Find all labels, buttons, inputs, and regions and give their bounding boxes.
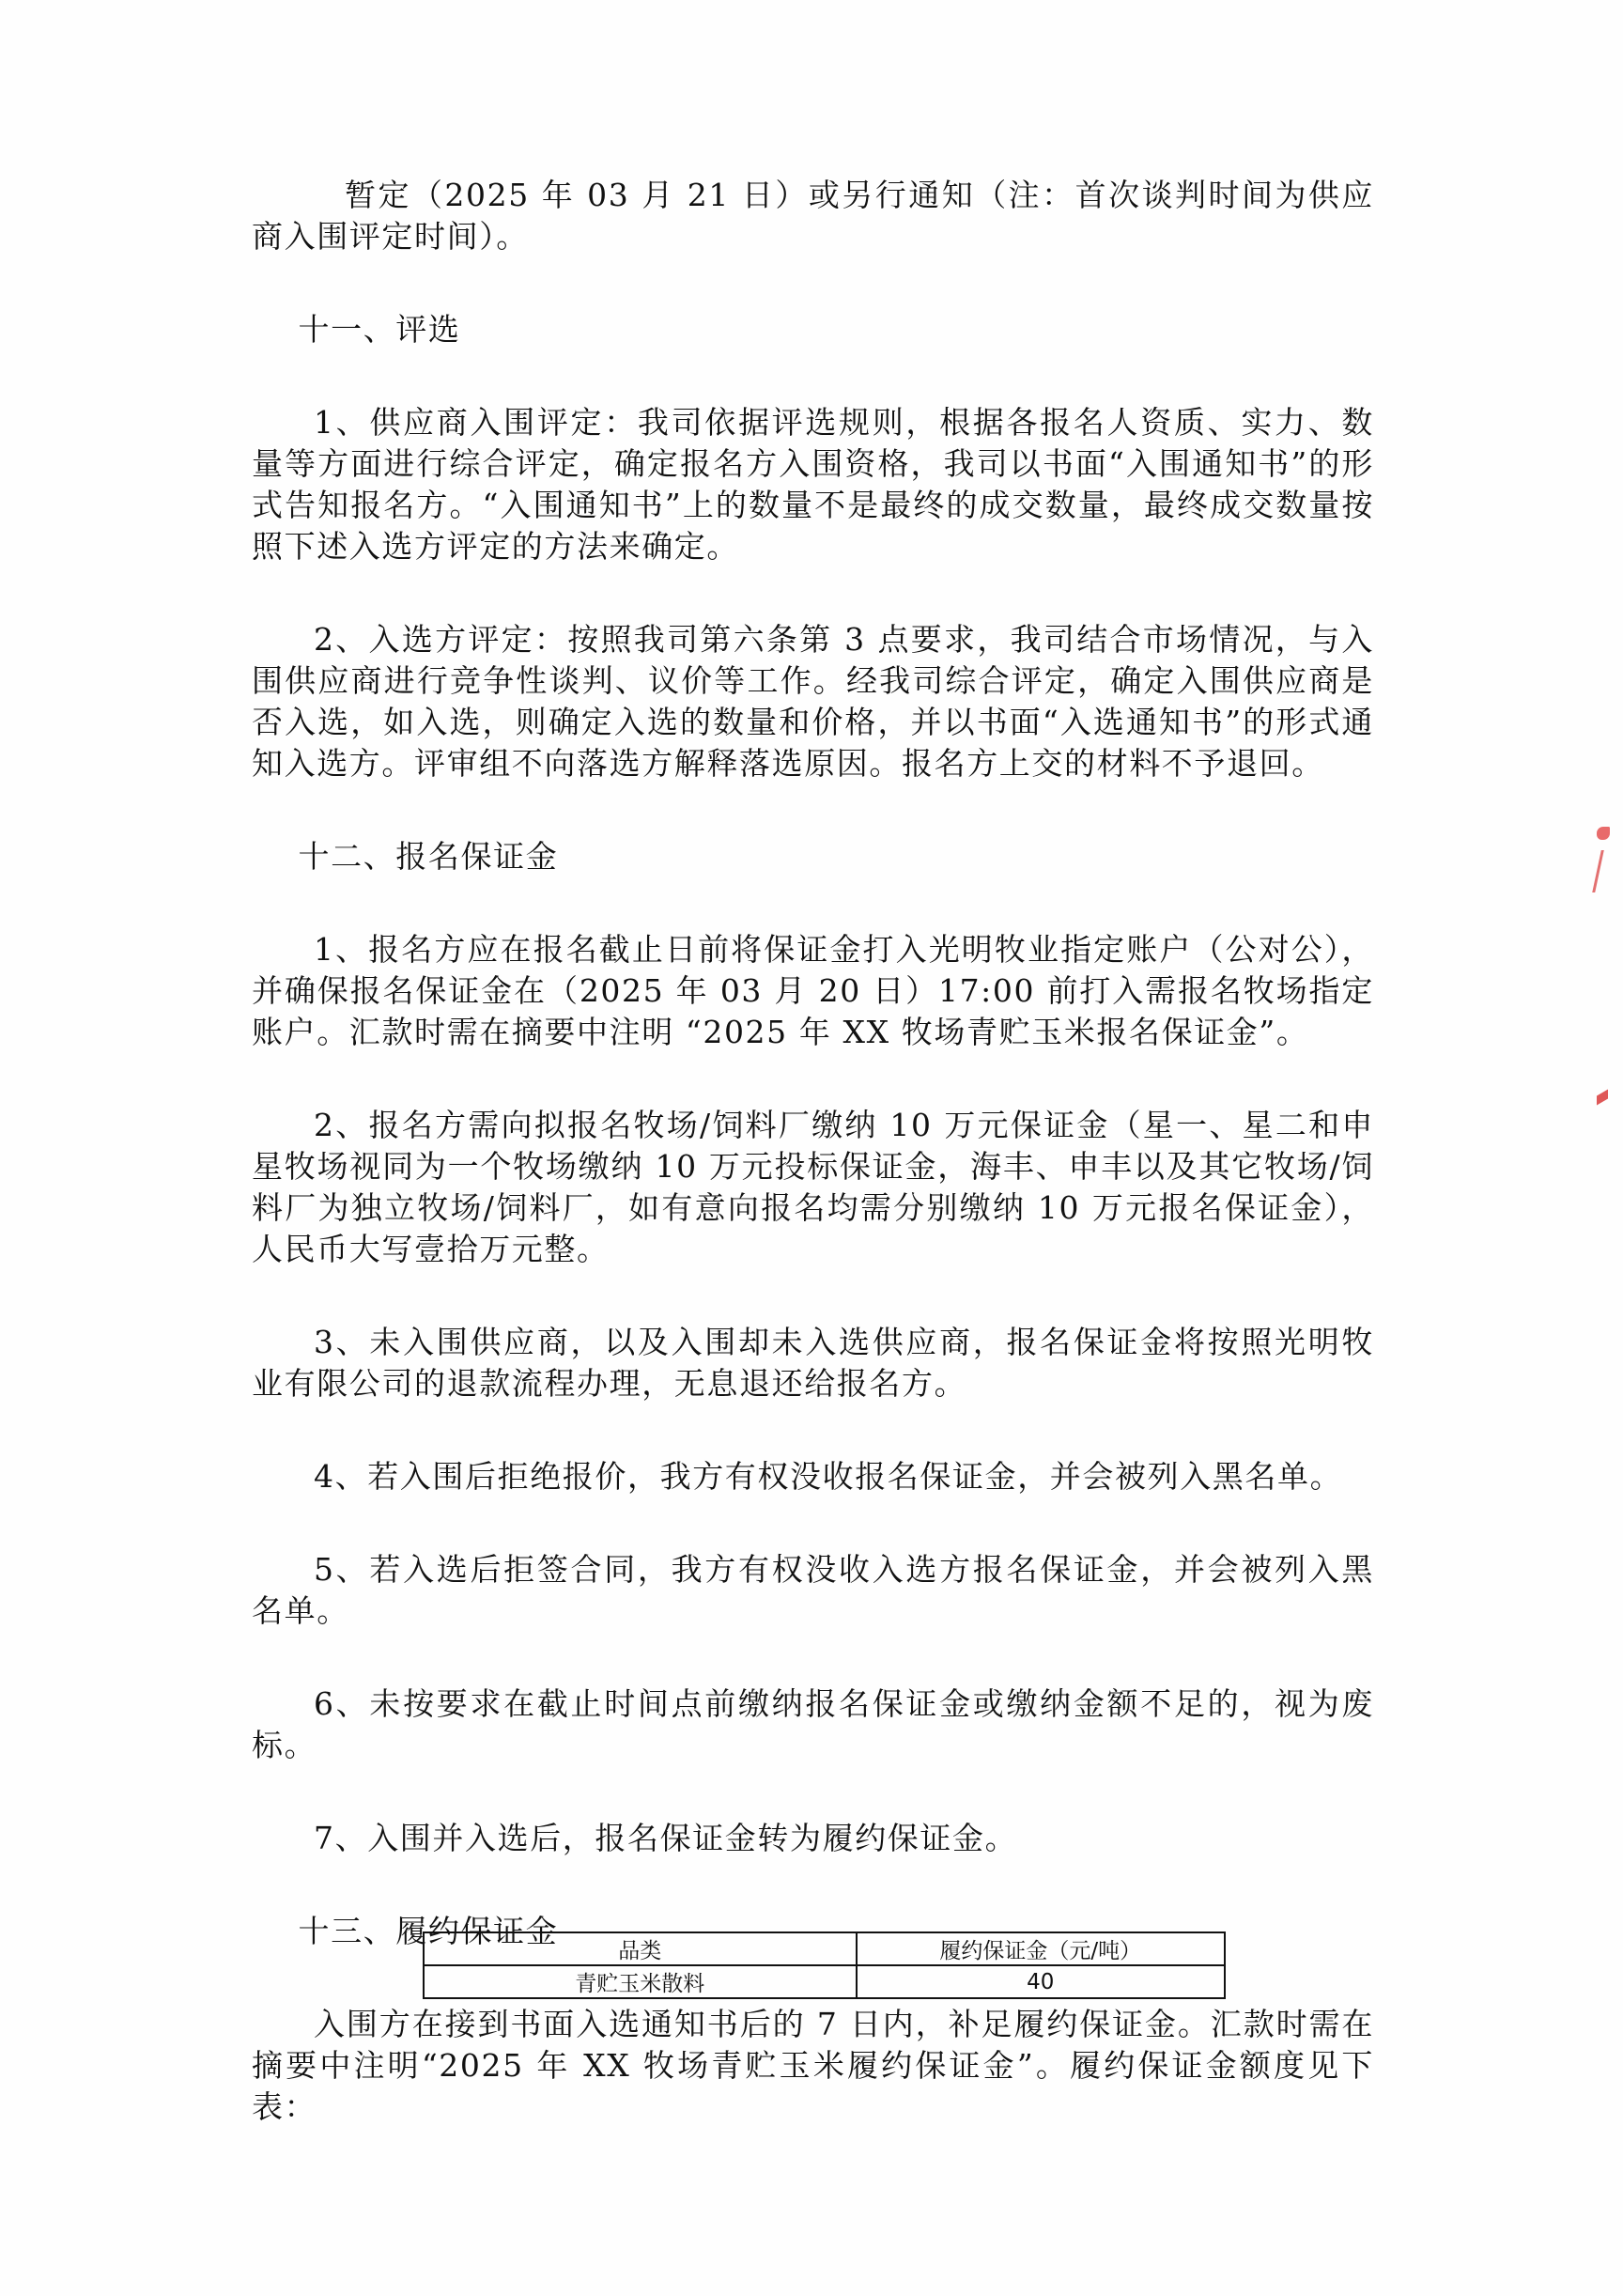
section-heading-registration-deposit: 十二、报名保证金 <box>252 836 1374 877</box>
paragraph-deposit-conversion: 7、入围并入选后，报名保证金转为履约保证金。 <box>252 1818 1374 1859</box>
table-header-category: 品类 <box>424 1932 857 1965</box>
table-header-row: 品类 履约保证金（元/吨） <box>424 1932 1225 1965</box>
seal-fragment-icon <box>1597 1090 1608 1106</box>
paragraph-invalid-bid: 6、未按要求在截止时间点前缴纳报名保证金或缴纳金额不足的，视为废标。 <box>252 1683 1374 1766</box>
table-cell-deposit: 40 <box>857 1965 1225 1998</box>
paragraph-shortlist-evaluation: 1、供应商入围评定：我司依据评选规则，根据各报名人资质、实力、数量等方面进行综合… <box>252 402 1374 567</box>
document-body: 暂定（2025 年 03 月 21 日）或另行通知（注：首次谈判时间为供应商入围… <box>252 175 1374 2128</box>
paragraph-refuse-contract: 5、若入选后拒签合同，我方有权没收入选方报名保证金，并会被列入黑名单。 <box>252 1549 1374 1632</box>
document-page: 暂定（2025 年 03 月 21 日）或另行通知（注：首次谈判时间为供应商入围… <box>0 0 1623 2296</box>
paragraph-deposit-amount: 2、报名方需向拟报名牧场/饲料厂缴纳 10 万元保证金（星一、星二和申星牧场视同… <box>252 1105 1374 1270</box>
paragraph-selection-evaluation: 2、入选方评定：按照我司第六条第 3 点要求，我司结合市场情况，与入围供应商进行… <box>252 619 1374 784</box>
paragraph-negotiation-date: 暂定（2025 年 03 月 21 日）或另行通知（注：首次谈判时间为供应商入围… <box>252 175 1374 257</box>
paragraph-refuse-quote: 4、若入围后拒绝报价，我方有权没收报名保证金，并会被列入黑名单。 <box>252 1456 1374 1497</box>
paragraph-performance-deposit: 入围方在接到书面入选通知书后的 7 日内，补足履约保证金。汇款时需在摘要中注明“… <box>252 2004 1374 2128</box>
seal-fragment-icon <box>1597 827 1610 840</box>
seal-fragment-icon <box>1592 850 1612 892</box>
table-row: 青贮玉米散料 40 <box>424 1965 1225 1998</box>
section-heading-evaluation: 十一、评选 <box>252 309 1374 350</box>
table-cell-category: 青贮玉米散料 <box>424 1965 857 1998</box>
table-header-deposit: 履约保证金（元/吨） <box>857 1932 1225 1965</box>
paragraph-deposit-refund: 3、未入围供应商，以及入围却未入选供应商，报名保证金将按照光明牧业有限公司的退款… <box>252 1322 1374 1404</box>
performance-deposit-table: 品类 履约保证金（元/吨） 青贮玉米散料 40 <box>423 1931 1226 1999</box>
paragraph-deposit-payment: 1、报名方应在报名截止日前将保证金打入光明牧业指定账户（公对公），并确保报名保证… <box>252 929 1374 1053</box>
